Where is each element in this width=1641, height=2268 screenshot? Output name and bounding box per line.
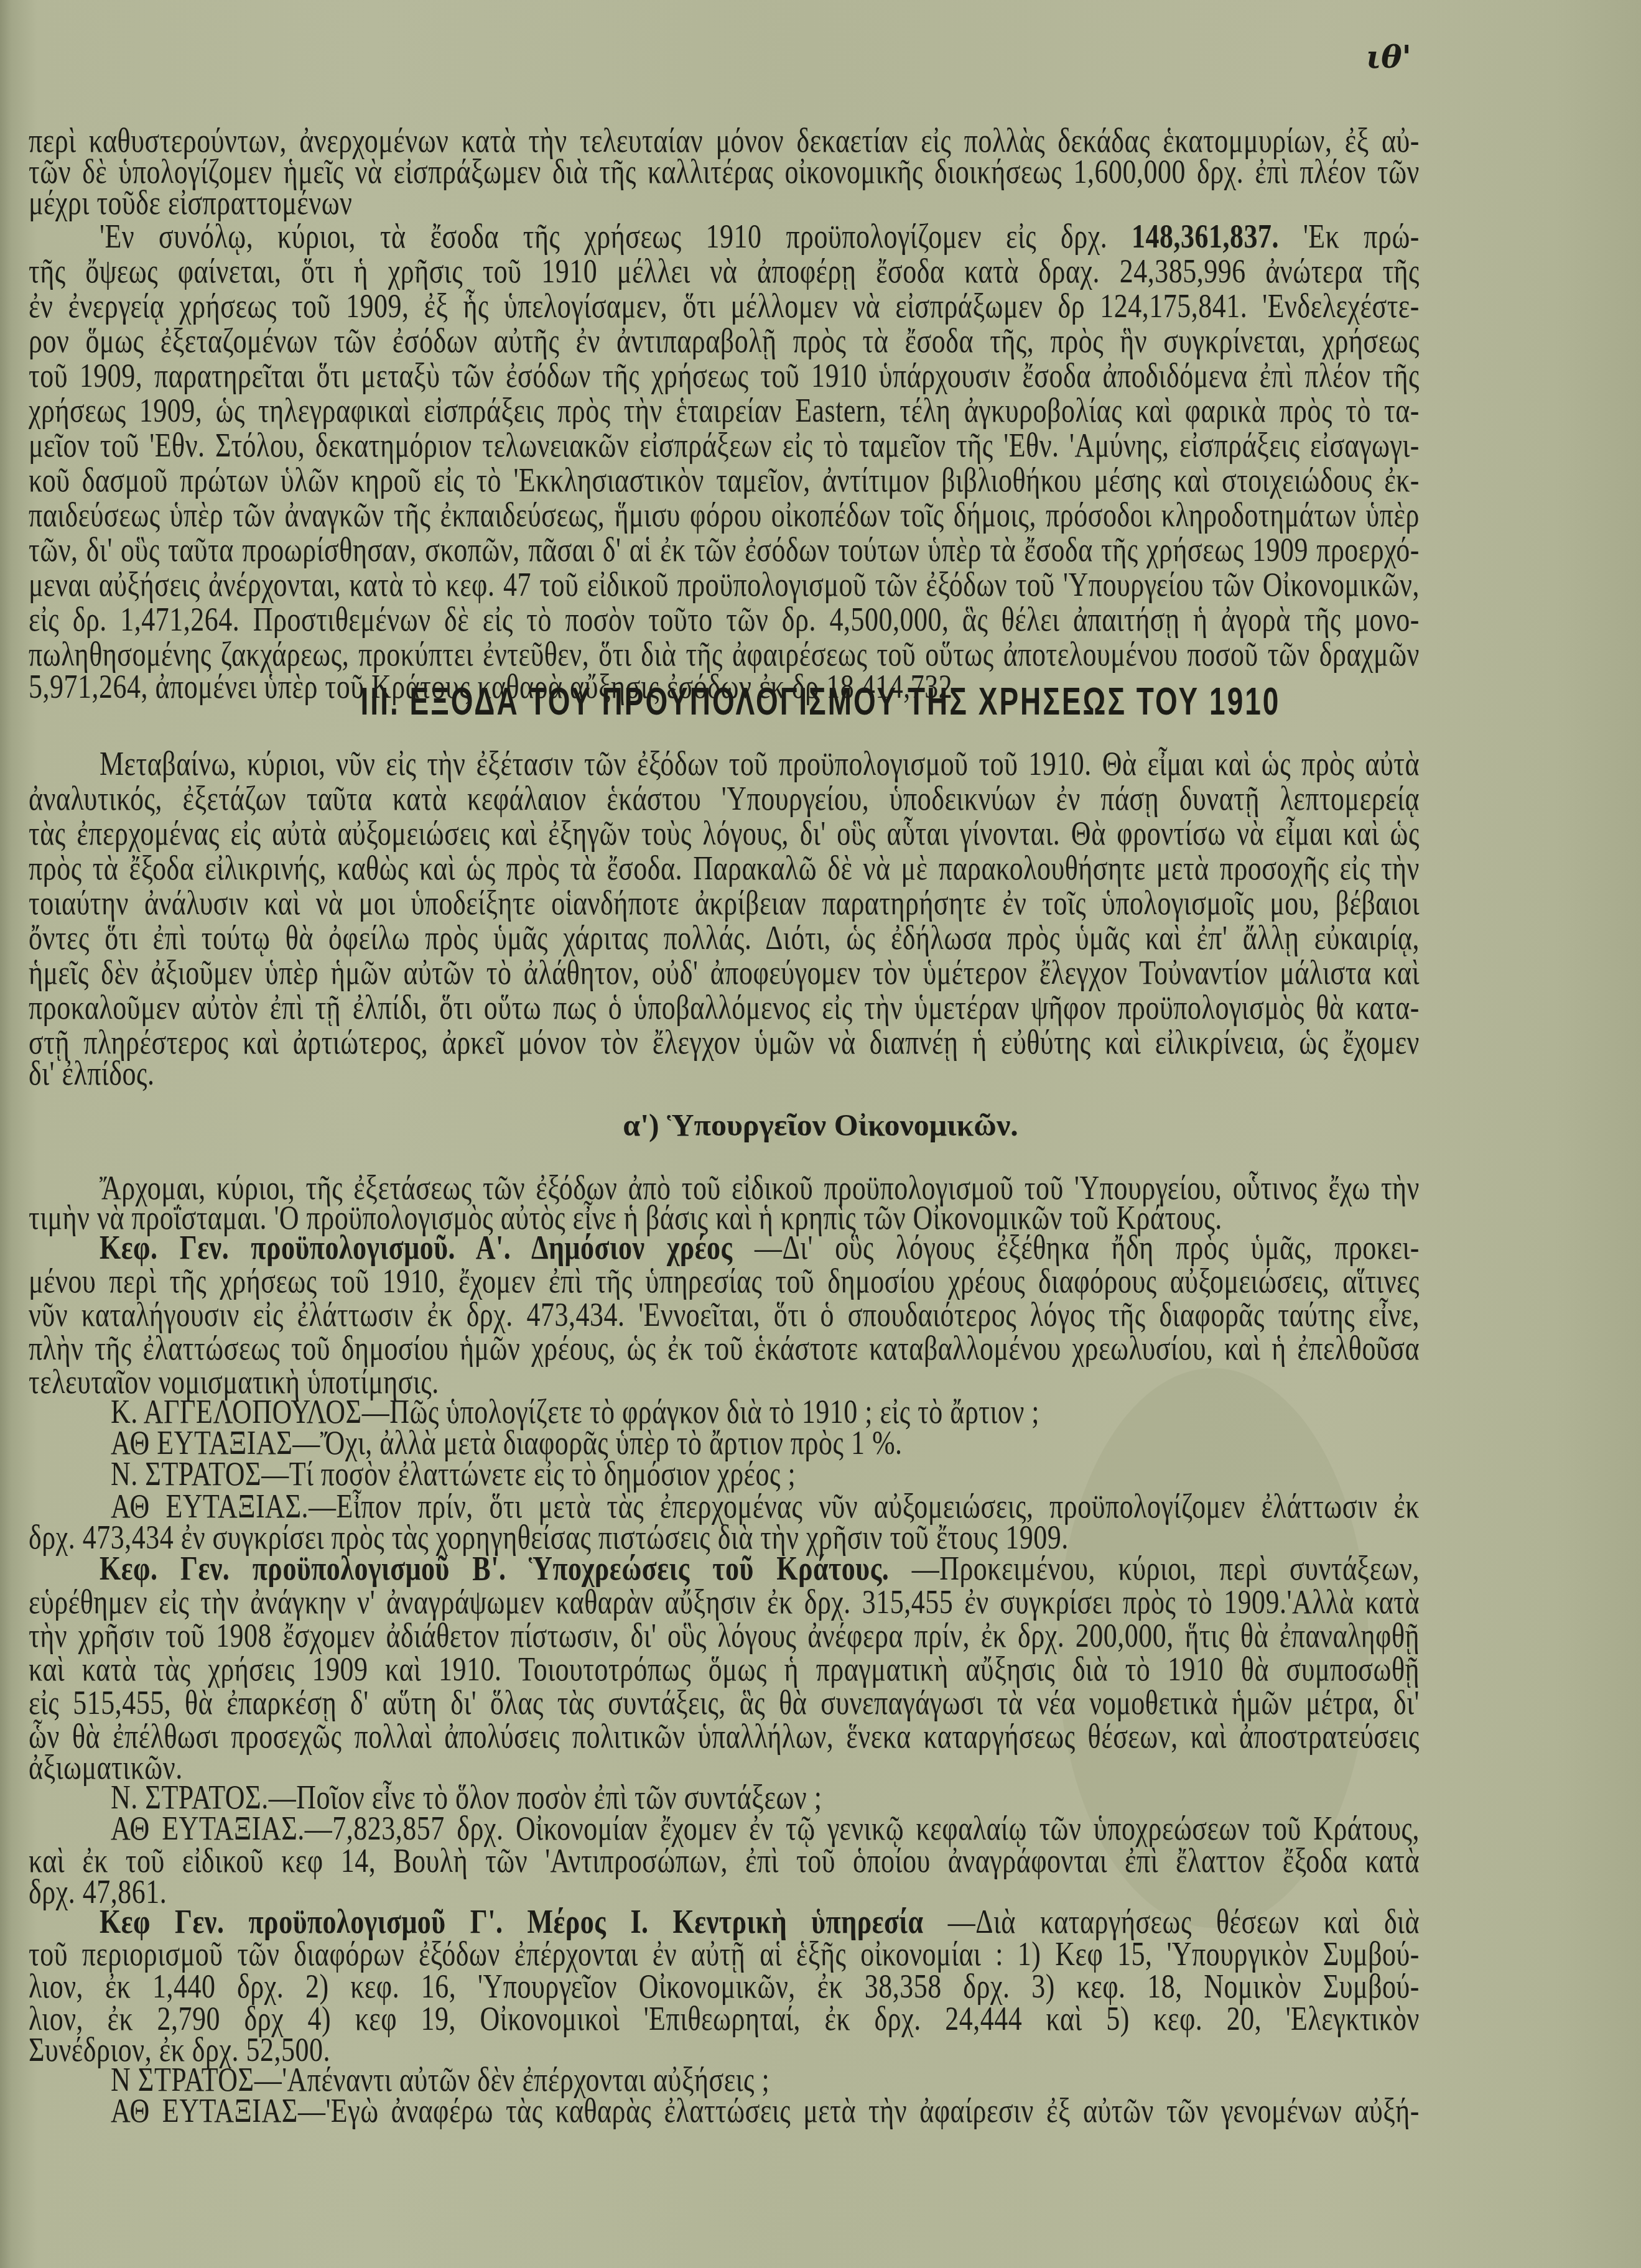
page-number: ιθ' — [1366, 39, 1411, 75]
speaker-name: ΑΘ ΕΥΤΑΞΙΑΣ — [111, 2091, 298, 2129]
section-heading: III. ΕΞΟΔΑ ΤΟΥ ΠΡΟΥΠΟΛΟΓΙΣΜΟΥ ΤΗΣ ΧΡΗΣΕΩ… — [0, 678, 1641, 724]
ministry-subheading: α') Ὑπουργεῖον Οἰκονομικῶν. — [0, 1107, 1641, 1143]
text-line: δι' ἐλπίδος. — [29, 1050, 1420, 1097]
speech-text: —'Εγὼ ἀναφέρω τὰς καθαρὰς ἐλαττώσεις μετ… — [298, 2091, 1420, 2129]
dialogue-line: ΑΘ ΕΥΤΑΞΙΑΣ—'Εγὼ ἀναφέρω τὰς καθαρὰς ἐλα… — [111, 2088, 1420, 2134]
